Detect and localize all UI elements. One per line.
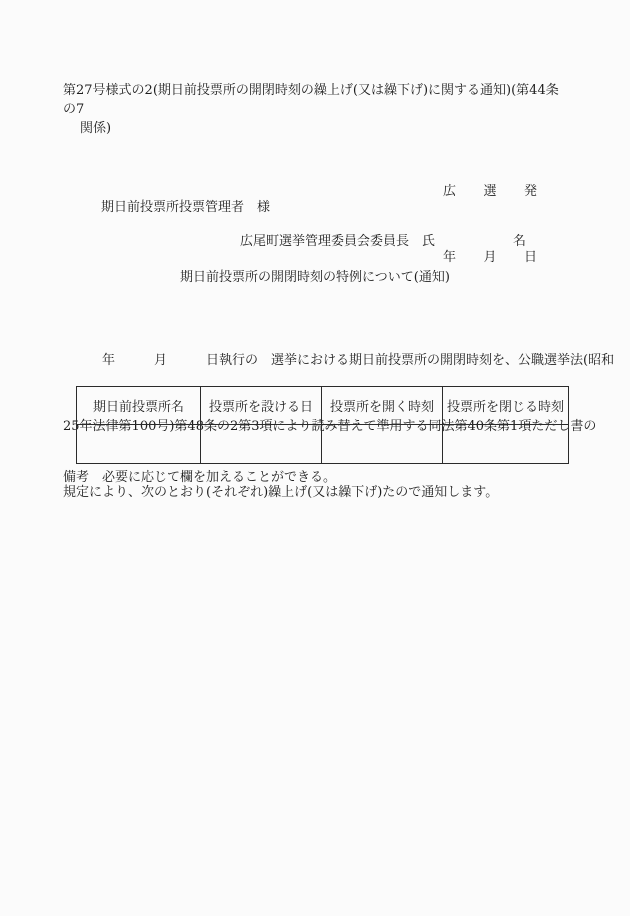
body-line-1: 年 月 日執行の 選挙における期日前投票所の開閉時刻を、公職選挙法(昭和	[63, 350, 575, 372]
table-cell-station-name	[77, 425, 201, 464]
remarks-note: 備考 必要に応じて欄を加えることができる。	[63, 466, 336, 485]
notice-table: 期日前投票所名 投票所を設ける日 投票所を開く時刻 投票所を閉じる時刻	[76, 386, 569, 464]
table-header-station-name: 期日前投票所名	[77, 387, 201, 425]
table-cell-opening-time	[322, 425, 443, 464]
table-cell-closing-time	[443, 425, 569, 464]
doc-number-line: 広 選 発	[443, 181, 538, 203]
table-header-closing-time: 投票所を閉じる時刻	[443, 387, 569, 425]
table-header-date-established: 投票所を設ける日	[201, 387, 322, 425]
form-number-line1: 第27号様式の2(期日前投票所の開閉時刻の繰上げ(又は繰下げ)に関する通知)(第…	[63, 81, 571, 119]
form-number: 第27号様式の2(期日前投票所の開閉時刻の繰上げ(又は繰下げ)に関する通知)(第…	[63, 81, 571, 138]
body-line-3: 規定により、次のとおり(それぞれ)繰上げ(又は繰下げ)たので通知します。	[63, 482, 575, 504]
form-number-line2: 関係)	[80, 119, 571, 138]
table-header-opening-time: 投票所を開く時刻	[322, 387, 443, 425]
document-title: 期日前投票所の開閉時刻の特例について(通知)	[0, 266, 630, 285]
table-cell-date-established	[201, 425, 322, 464]
doc-number-block: 広 選 発 年 月 日	[443, 137, 538, 313]
document-page: 第27号様式の2(期日前投票所の開閉時刻の繰上げ(又は繰下げ)に関する通知)(第…	[0, 0, 630, 916]
table-row	[77, 425, 569, 464]
addressee: 期日前投票所投票管理者 様	[101, 196, 270, 215]
table-header-row: 期日前投票所名 投票所を設ける日 投票所を開く時刻 投票所を閉じる時刻	[77, 387, 569, 425]
sender-signature-line: 広尾町選挙管理委員会委員長 氏 名	[240, 230, 526, 249]
